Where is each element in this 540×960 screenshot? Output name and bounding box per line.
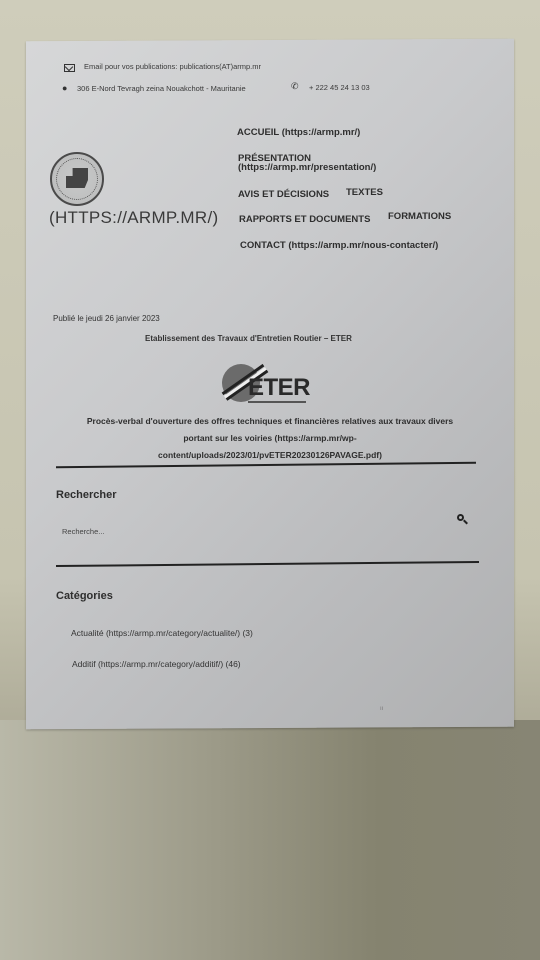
nav-contact[interactable]: CONTACT (https://armp.mr/nous-contacter/… <box>240 240 438 251</box>
email-info: Email pour vos publications: publication… <box>84 62 261 71</box>
document-link[interactable]: Procès-verbal d'ouverture des offres tec… <box>60 413 480 464</box>
phone-number: + 222 45 24 13 03 <box>309 83 370 92</box>
category-actualite[interactable]: Actualité (https://armp.mr/category/actu… <box>71 628 253 638</box>
home-link[interactable]: (HTTPS://ARMP.MR/) <box>49 208 218 228</box>
categories-heading: Catégories <box>56 590 113 602</box>
search-heading: Rechercher <box>56 489 117 501</box>
table-surface <box>0 720 540 960</box>
search-icon-handle <box>463 520 468 525</box>
logo-tagline-bar <box>248 401 306 403</box>
nav-rapports-documents[interactable]: RAPPORTS ET DOCUMENTS <box>239 214 370 225</box>
search-input[interactable] <box>62 522 442 540</box>
nav-presentation-url[interactable]: (https://armp.mr/presentation/) <box>238 162 376 173</box>
document-title-line-1[interactable]: Procès-verbal d'ouverture des offres tec… <box>60 413 480 430</box>
publish-date: Publié le jeudi 26 janvier 2023 <box>53 314 160 323</box>
envelope-icon <box>64 64 75 72</box>
search-button[interactable] <box>455 512 471 528</box>
nav-textes[interactable]: TEXTES <box>346 187 383 198</box>
category-additif[interactable]: Additif (https://armp.mr/category/additi… <box>72 659 241 669</box>
nav-formations[interactable]: FORMATIONS <box>388 211 451 222</box>
nav-accueil[interactable]: ACCUEIL (https://armp.mr/) <box>237 127 360 138</box>
organization-name: Etablissement des Travaux d'Entretien Ro… <box>145 334 352 343</box>
address: 306 E-Nord Tevragh zeina Nouakchott - Ma… <box>77 84 246 93</box>
logo-wordmark: ETER <box>248 374 310 402</box>
eter-logo: ETER <box>218 362 313 408</box>
page-mark: ıı <box>380 706 383 712</box>
location-pin-icon: ● <box>62 83 67 93</box>
armp-seal-logo[interactable] <box>50 152 104 206</box>
phone-icon: ✆ <box>291 81 299 92</box>
document-title-line-2[interactable]: portant sur les voiries (https://armp.mr… <box>60 430 480 447</box>
nav-avis-decisions[interactable]: AVIS ET DÉCISIONS <box>238 189 329 200</box>
